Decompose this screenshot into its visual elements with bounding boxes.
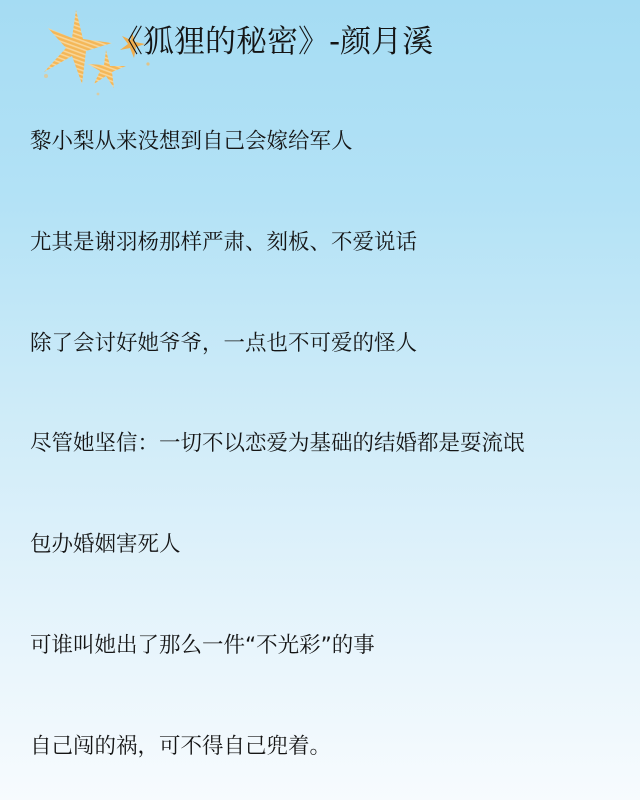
text-line: 黎小梨从来没想到自己会嫁给军人 xyxy=(30,128,353,156)
text-line: 自己闯的祸，可不得自己兜着。 xyxy=(30,733,331,761)
text-line: 包办婚姻害死人 xyxy=(30,531,181,559)
text-line: 尤其是谢羽杨那样严肃、刻板、不爱说话 xyxy=(30,229,417,257)
page-title: 《狐狸的秘密》-颜月溪 xyxy=(112,22,433,62)
text-line: 除了会讨好她爷爷，一点也不可爱的怪人 xyxy=(30,330,417,358)
text-line: 尽管她坚信：一切不以恋爱为基础的结婚都是耍流氓 xyxy=(30,430,525,458)
header: 《狐狸的秘密》-颜月溪 xyxy=(0,0,640,110)
text-line: 可谁叫她出了那么一件“不光彩”的事 xyxy=(30,632,375,660)
